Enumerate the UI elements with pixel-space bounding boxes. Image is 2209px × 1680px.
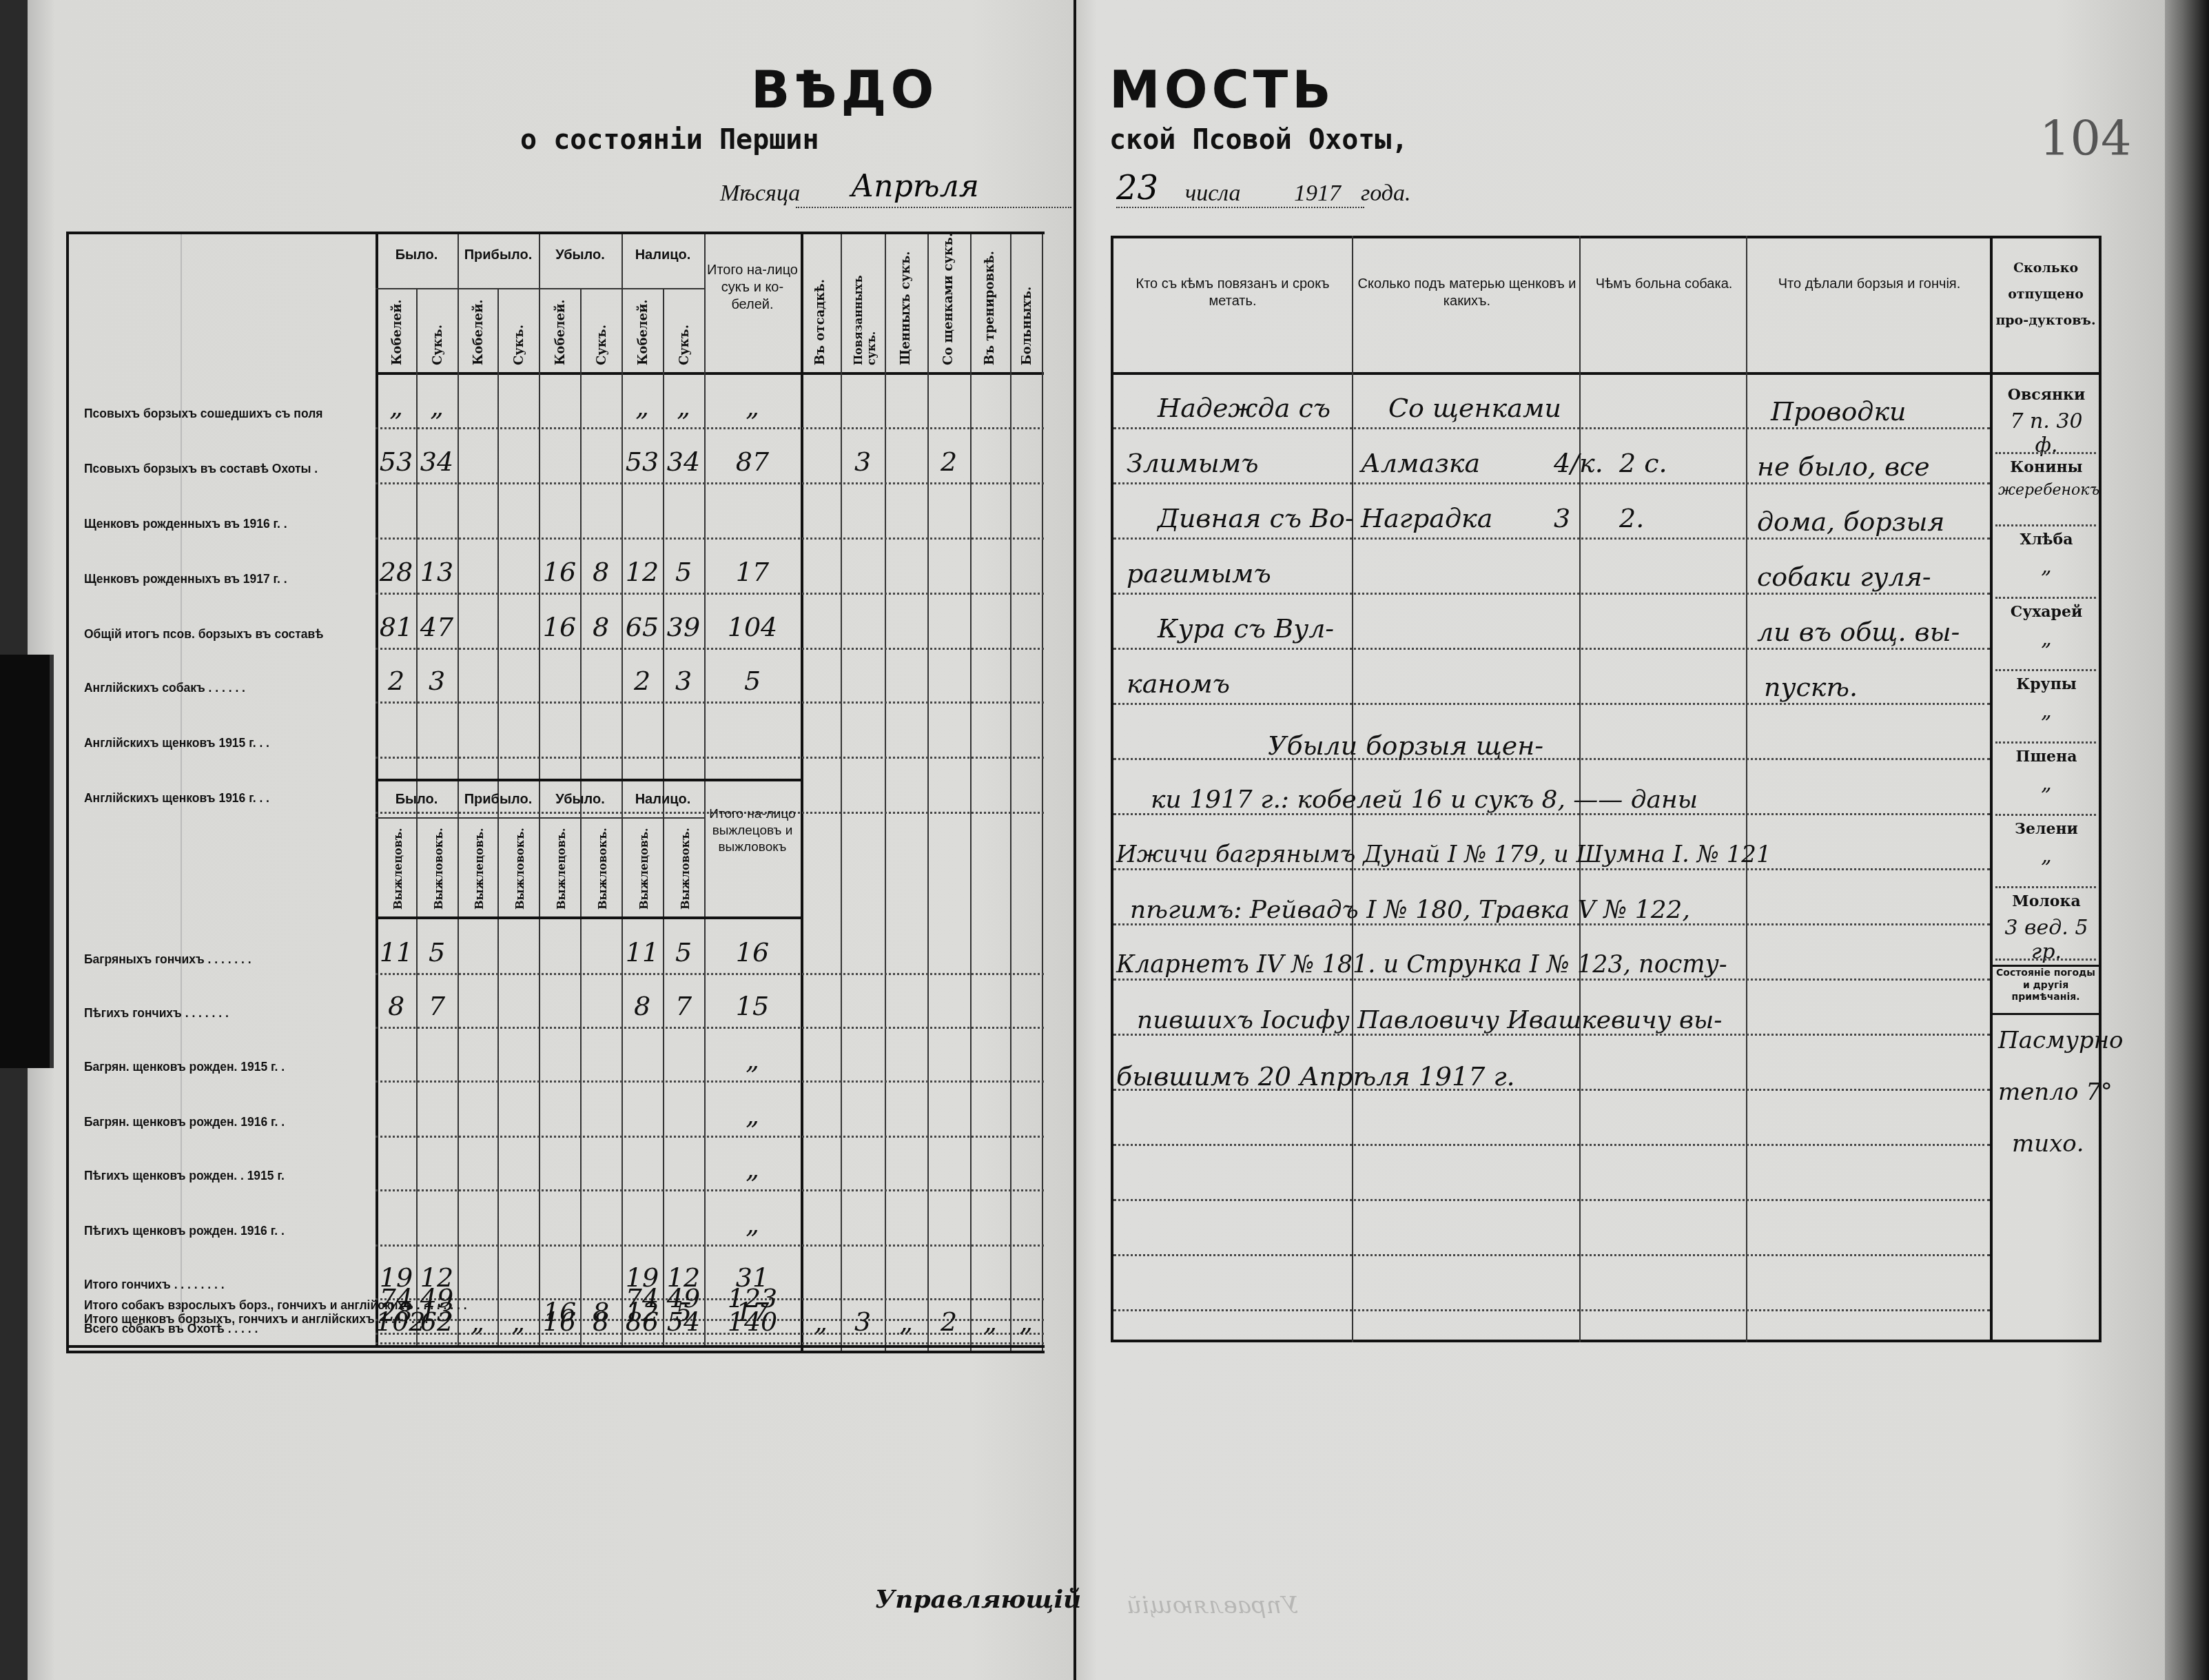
- pairing-line: Дивная съ Во-: [1158, 503, 1354, 533]
- row-label: Багрян. щенковъ рожден. 1915 г. .: [84, 1060, 285, 1075]
- product-rule: [1995, 959, 2096, 961]
- hound-header-top-rule: [376, 779, 803, 781]
- weather-line: Пасмурно: [1998, 1027, 2124, 1054]
- right-header-bottom-rule: [1111, 372, 2102, 375]
- right-row-rule: [1113, 1309, 1990, 1311]
- table-cell: 53: [376, 447, 417, 477]
- row-rule: [376, 757, 1044, 759]
- row-rule: [376, 482, 1044, 484]
- table-cell: 8: [621, 991, 663, 1021]
- product-label: Хлѣба: [1998, 531, 2095, 549]
- date-prefix: Мѣсяца: [720, 181, 800, 207]
- row-rule: [376, 1244, 1044, 1247]
- table-cell: 17: [721, 557, 783, 587]
- col-divider: [927, 234, 929, 1351]
- hound-subheader: Выжловокъ.: [596, 827, 609, 910]
- col-divider: [801, 234, 803, 1351]
- weather-bottom-rule: [1993, 1013, 2099, 1015]
- row-label: Псовыхъ борзыхъ въ составѣ Охоты .: [84, 462, 318, 477]
- under-mother-count: 4/к.: [1554, 448, 1603, 478]
- pairing-line: Злимымъ: [1127, 448, 1259, 478]
- hound-subheader: Выжлецовъ.: [473, 827, 486, 910]
- table-cell: „: [885, 1307, 927, 1337]
- header-pribylo: Прибыло.: [458, 247, 539, 264]
- table-cell: 7: [663, 991, 704, 1021]
- table-cell: „: [721, 1100, 783, 1130]
- subheader: Кобелей.: [390, 303, 404, 365]
- table-cell: 54: [663, 1307, 704, 1337]
- subheader: Сукъ.: [431, 303, 445, 365]
- product-value: „: [1998, 771, 2095, 795]
- table-cell: 28: [376, 557, 417, 587]
- hound-subheader: Выжловокъ.: [513, 827, 526, 910]
- row-label: Псовыхъ борзыхъ сошедшихъ съ поля: [84, 407, 322, 422]
- header-pairing: Кто съ кѣмъ повязанъ и срокъ метать.: [1113, 276, 1352, 310]
- table-cell: 16: [721, 937, 783, 967]
- note-line: Кларнетъ IV № 181. и Струнка I № 123, по…: [1116, 951, 1727, 979]
- product-label: Пшена: [1998, 748, 2095, 766]
- row-rule: [376, 1136, 1044, 1138]
- table-cell: 5: [721, 666, 783, 696]
- header-ubylo: Убыло.: [539, 247, 621, 264]
- hound-header-bylo: Было.: [376, 791, 458, 808]
- right-row-rule: [1113, 979, 1990, 981]
- hound-subheader: Выжловокъ.: [432, 827, 445, 910]
- col-divider: [970, 234, 972, 1351]
- binding-clip: [0, 655, 54, 1068]
- header-illness: Чѣмъ больна собака.: [1582, 276, 1746, 293]
- table-cell: 5: [663, 557, 704, 587]
- row-label: Щенковъ рожденныхъ въ 1916 г. .: [84, 517, 287, 532]
- under-mother-count: 3: [1554, 503, 1570, 533]
- product-rule: [1995, 741, 2096, 744]
- pairing-line: Кура съ Вул-: [1158, 613, 1334, 644]
- activity-line: Проводки: [1771, 396, 1907, 427]
- note-line: Убыли борзыя щен-: [1268, 730, 1543, 761]
- subheader: Сукъ.: [677, 303, 692, 365]
- table-cell: 86: [621, 1307, 663, 1337]
- footer-bleedthrough: Управляющій: [1127, 1592, 1298, 1619]
- subtitle-left: о состояніи Першин: [520, 124, 819, 156]
- hound-subheader: Выжлецовъ.: [637, 827, 650, 910]
- note-line: пѣгимъ: Рейвадъ I № 180, Травка V № 122,: [1130, 896, 1690, 924]
- table-cell: 53: [621, 447, 663, 477]
- row-rule: [376, 648, 1044, 650]
- hound-subheader: Выжлецовъ.: [391, 827, 404, 910]
- table-cell: „: [800, 1307, 841, 1337]
- row-rule: [376, 701, 1044, 704]
- subtitle-right: ской Псовой Охоты,: [1109, 124, 1408, 156]
- under-mother-count: 2.: [1619, 503, 1644, 533]
- right-row-rule: [1113, 868, 1990, 870]
- product-label: Крупы: [1998, 675, 2095, 693]
- right-row-rule: [1113, 537, 1990, 540]
- right-col-divider: [1111, 236, 1113, 1342]
- date-year: 1917: [1294, 181, 1341, 207]
- under-mother-name: Наградка: [1361, 503, 1492, 533]
- table-cell: 2: [928, 1307, 969, 1337]
- hound-subheader: Выжлецовъ.: [555, 827, 568, 910]
- row-label: Англійскихъ щенковъ 1916 г. . .: [84, 791, 269, 806]
- note-line: ки 1917 г.: кобелей 16 и сукъ 8, —— даны: [1151, 786, 1698, 814]
- row-rule: [376, 1027, 1044, 1029]
- note-line: пившихъ Іосифу Павловичу Ивашкевичу вы-: [1137, 1006, 1722, 1034]
- table-cell: „: [721, 1209, 783, 1239]
- row-rule: [376, 1342, 1044, 1344]
- right-row-rule: [1113, 758, 1990, 760]
- header-products: Сколько отпущено про-дуктовъ.: [1993, 255, 2099, 334]
- table-cell: „: [721, 391, 783, 422]
- hound-group-rule: [376, 817, 704, 819]
- left-table-top-rule: [66, 232, 1045, 234]
- header-so-shchenkami: Со щенками сукъ.: [941, 248, 956, 365]
- title-left: ВѢДО: [751, 61, 938, 120]
- table-cell: 7: [416, 991, 458, 1021]
- row-rule: [376, 427, 1044, 429]
- table-cell: „: [621, 391, 663, 422]
- table-cell: „: [721, 1154, 783, 1184]
- hound-header-total: Итого на-лицо выжлецовъ и выжловокъ: [707, 806, 798, 855]
- table-cell: „: [721, 1045, 783, 1075]
- table-cell: 3: [842, 1307, 883, 1337]
- product-label: Молока: [1998, 892, 2095, 910]
- row-rule: [376, 973, 1044, 975]
- table-cell: 104: [721, 612, 783, 642]
- pairing-line: рагимымъ: [1127, 558, 1271, 588]
- date-suffix: года.: [1361, 181, 1411, 207]
- table-cell: 8: [580, 612, 621, 642]
- product-value: „: [1998, 843, 2095, 868]
- weather-header: Состояніе погоды и другія примѣчанія.: [1993, 967, 2099, 1004]
- product-label: Конины: [1998, 458, 2095, 476]
- left-header-bottom-rule: [376, 372, 1044, 375]
- row-rule: [376, 1189, 1044, 1191]
- table-cell: 3: [842, 447, 883, 477]
- row-label: Багрян. щенковъ рожден. 1916 г. .: [84, 1115, 285, 1130]
- product-value: жеребенокъ: [1998, 482, 2095, 499]
- table-cell: 39: [663, 612, 704, 642]
- table-cell: „: [376, 391, 417, 422]
- table-cell: 2: [621, 666, 663, 696]
- date-day-label: числа: [1185, 181, 1241, 207]
- col-divider: [885, 234, 886, 1351]
- weather-line: тепло 7°: [1998, 1078, 2113, 1106]
- note-line: бывшимъ 20 Апрѣля 1917 г.: [1116, 1061, 1515, 1092]
- under-mother-header: Со щенками: [1388, 393, 1561, 423]
- row-rule: [376, 1298, 1044, 1300]
- book-edge: [2165, 0, 2209, 1680]
- table-cell: „: [1005, 1307, 1047, 1337]
- product-label: Зелени: [1998, 820, 2095, 838]
- table-cell: 5: [416, 937, 458, 967]
- header-povyazannyh: Повязанныхъ сукъ.: [852, 262, 879, 365]
- col-divider: [704, 234, 706, 1348]
- row-label: Всего собакъ въ Охотѣ . . . . .: [84, 1322, 258, 1337]
- header-nalitso: Налицо.: [621, 247, 704, 264]
- right-row-rule: [1113, 703, 1990, 705]
- table-cell: 34: [416, 447, 458, 477]
- subheader: Кобелей.: [471, 303, 486, 365]
- weather-top-rule: [1993, 965, 2099, 967]
- table-cell: 15: [721, 991, 783, 1021]
- right-table-bottom-rule: [1111, 1340, 2102, 1342]
- row-label: Багряныхъ гончихъ . . . . . . .: [84, 952, 251, 967]
- table-cell: 34: [663, 447, 704, 477]
- header-shchennyh: Щенныхъ сукъ.: [898, 262, 913, 365]
- right-row-rule: [1113, 427, 1990, 429]
- header-activity: Что дѣлали борзыя и гончія.: [1749, 276, 1990, 293]
- table-cell: 102: [376, 1307, 417, 1337]
- table-cell: 11: [376, 937, 417, 967]
- table-cell: „: [663, 391, 704, 422]
- row-label: Общій итогъ псов. борзыхъ въ составѣ: [84, 627, 324, 642]
- product-rule: [1995, 597, 2096, 599]
- table-cell: 2: [928, 447, 969, 477]
- table-cell: „: [416, 391, 458, 422]
- header-under-mother: Сколько подъ матерью щенковъ и какихъ.: [1355, 276, 1579, 310]
- product-label: Овсянки: [1998, 386, 2095, 404]
- col-divider: [1010, 234, 1011, 1351]
- product-value: 3 вед. 5 гр.: [1998, 916, 2095, 964]
- col-divider: [841, 234, 842, 1351]
- product-rule: [1995, 452, 2096, 454]
- header-trenirovka: Въ тренировкѣ.: [983, 262, 997, 365]
- table-cell: „: [969, 1307, 1011, 1337]
- right-col-divider: [1990, 236, 1993, 1342]
- row-rule: [376, 1080, 1044, 1083]
- row-rule: [376, 537, 1044, 540]
- header-otsadka: Въ отсадкѣ.: [813, 262, 828, 365]
- under-mother-count: 2 с.: [1619, 448, 1667, 478]
- hound-subheader: Выжловокъ.: [679, 827, 692, 910]
- hound-header-nalitso: Налицо.: [621, 791, 704, 808]
- right-row-rule: [1113, 1254, 1990, 1256]
- subheader: Кобелей.: [553, 303, 568, 365]
- under-mother-name: Алмазка: [1361, 448, 1480, 478]
- col-divider: [1042, 234, 1043, 1351]
- subheader: Кобелей.: [636, 303, 650, 365]
- row-label: Щенковъ рожденныхъ въ 1917 г. .: [84, 572, 287, 587]
- right-row-rule: [1113, 482, 1990, 484]
- row-label: Англійскихъ щенковъ 1915 г. . .: [84, 736, 269, 751]
- table-cell: 81: [376, 612, 417, 642]
- hound-header-bottom-rule: [376, 916, 803, 919]
- stub-divider: [181, 234, 182, 1330]
- table-cell: 3: [416, 666, 458, 696]
- product-rule: [1995, 524, 2096, 526]
- product-value: „: [1998, 554, 2095, 578]
- table-cell: 140: [721, 1307, 783, 1337]
- table-cell: 47: [416, 612, 458, 642]
- header-bolnyh: Больныхъ.: [1020, 262, 1034, 365]
- table-cell: 2: [376, 666, 417, 696]
- row-label: Итого гончихъ . . . . . . . .: [84, 1278, 225, 1293]
- product-rule: [1995, 669, 2096, 671]
- product-value: „: [1998, 699, 2095, 723]
- header-bylo: Было.: [376, 247, 458, 264]
- table-cell: 12: [621, 557, 663, 587]
- header-total: Итого на-лицо сукъ и ко-белей.: [707, 262, 798, 314]
- activity-line: пускѣ.: [1764, 672, 1858, 702]
- product-value: 7 п. 30 ф.: [1998, 409, 2095, 458]
- right-col-divider: [1746, 236, 1747, 1342]
- product-value: „: [1998, 626, 2095, 651]
- right-row-rule: [1113, 593, 1990, 595]
- date-underline-right: [1116, 207, 1364, 208]
- date-underline-left: [796, 207, 1071, 208]
- table-cell: 16: [539, 612, 580, 642]
- right-row-rule: [1113, 1144, 1990, 1146]
- weather-line: тихо.: [2012, 1130, 2084, 1158]
- right-table-top-rule: [1111, 236, 2102, 238]
- left-table-bottom-rule: [66, 1345, 1045, 1348]
- right-page: [1076, 0, 2165, 1680]
- right-col-divider: [2099, 236, 2102, 1342]
- row-label: Пѣгихъ щенковъ рожден. . 1915 г.: [84, 1169, 285, 1184]
- activity-line: собаки гуля-: [1757, 562, 1931, 592]
- activity-line: дома, борзыя: [1757, 506, 1945, 537]
- row-label: Англійскихъ собакъ . . . . . .: [84, 681, 245, 696]
- product-label: Сухарей: [1998, 603, 2095, 621]
- table-cell: „: [457, 1307, 498, 1337]
- product-rule: [1995, 886, 2096, 888]
- activity-line: ли въ общ. вы-: [1757, 617, 1960, 647]
- group-rule: [376, 288, 704, 289]
- page-number: 104: [2040, 110, 2132, 167]
- table-cell: 62: [416, 1307, 458, 1337]
- pairing-line: каномъ: [1127, 668, 1230, 699]
- product-rule: [1995, 814, 2096, 816]
- subheader: Сукъ.: [595, 303, 609, 365]
- row-rule: [376, 593, 1044, 595]
- table-cell: 11: [621, 937, 663, 967]
- date-day: 23: [1116, 169, 1158, 207]
- table-cell: 16: [539, 557, 580, 587]
- row-label: Пѣгихъ гончихъ . . . . . . .: [84, 1006, 229, 1021]
- table-cell: 8: [580, 557, 621, 587]
- table-cell: 8: [580, 1307, 621, 1337]
- title-right: МОСТЬ: [1109, 61, 1335, 120]
- activity-line: не было, все: [1757, 451, 1930, 482]
- table-cell: 87: [721, 447, 783, 477]
- right-row-rule: [1113, 1199, 1990, 1201]
- hound-header-ubylo: Убыло.: [539, 791, 621, 808]
- hound-header-pribylo: Прибыло.: [458, 791, 539, 808]
- table-cell: 5: [663, 937, 704, 967]
- table-cell: 16: [539, 1307, 580, 1337]
- table-cell: 13: [416, 557, 458, 587]
- right-row-rule: [1113, 648, 1990, 650]
- subheader: Сукъ.: [512, 303, 526, 365]
- table-cell: 65: [621, 612, 663, 642]
- footer-manager-label: Управляющій: [875, 1585, 1081, 1614]
- table-cell: „: [497, 1307, 539, 1337]
- table-cell: 3: [663, 666, 704, 696]
- pairing-line: Надежда съ: [1158, 393, 1330, 423]
- note-line: Ижичи багрянымъ Дунай I № 179, и Шумна I…: [1116, 841, 1771, 868]
- book-gutter: [1073, 0, 1076, 1680]
- table-cell: 8: [376, 991, 417, 1021]
- date-month: Апрѣля: [851, 169, 979, 204]
- row-label: Пѣгихъ щенковъ рожден. 1916 г. .: [84, 1224, 285, 1239]
